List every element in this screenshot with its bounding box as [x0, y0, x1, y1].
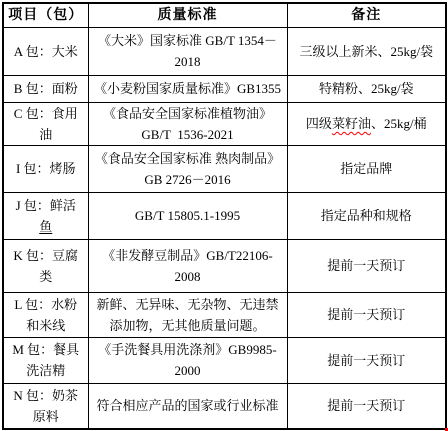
cell-item: J 包：鲜活鱼	[3, 192, 88, 239]
header-row: 项目（包） 质量标准 备注	[3, 3, 446, 27]
table-row-package-k: K 包：豆腐 类 《非发酵豆制品》GB/T22106- 2008 提前一天预订	[3, 239, 446, 292]
cell-standard: 《小麦粉国家质量标准》GB1355	[88, 75, 287, 102]
cell-remark: 提前一天预订	[287, 239, 446, 292]
cell-remark: 提前一天预订	[287, 292, 446, 337]
header-remark: 备注	[287, 3, 446, 27]
cell-remark: 特精粉、25kg/袋	[287, 75, 446, 102]
remark-text: 四级	[306, 116, 332, 131]
header-item-package: 项目（包）	[3, 3, 88, 27]
underlined-text: 鱼	[39, 219, 52, 234]
table-row-package-n: N 包：奶茶 原料 符合相应产品的国家或行业标准 提前一天预订	[3, 383, 446, 429]
cell-remark: 提前一天预订	[287, 337, 446, 383]
cell-standard: 《手洗餐具用洗涤剂》GB9985- 2000	[88, 337, 287, 383]
table-row-package-b: B 包：面粉 《小麦粉国家质量标准》GB1355 特精粉、25kg/袋	[3, 75, 446, 102]
table-row-package-i: I 包：烤肠 《食品安全国家标准 熟肉制品》 GB 2726－2016 指定品牌	[3, 145, 446, 192]
cell-remark: 四级菜籽油、25kg/桶	[287, 102, 446, 145]
cell-item: I 包：烤肠	[3, 145, 88, 192]
cell-item: B 包：面粉	[3, 75, 88, 102]
procurement-quality-table: 项目（包） 质量标准 备注 A 包：大米 《大米》国家标准 GB/T 1354－…	[2, 2, 447, 430]
cell-standard: 《大米》国家标准 GB/T 1354－ 2018	[88, 27, 287, 75]
remark-text: 、25kg/桶	[371, 116, 427, 131]
cell-standard: GB/T 15805.1-1995	[88, 192, 287, 239]
cell-item: M 包：餐具 洗洁精	[3, 337, 88, 383]
table-row-package-j: J 包：鲜活鱼 GB/T 15805.1-1995 指定品种和规格	[3, 192, 446, 239]
table-row-package-a: A 包：大米 《大米》国家标准 GB/T 1354－ 2018 三级以上新米、2…	[3, 27, 446, 75]
spellcheck-flagged-text: 菜籽油	[332, 116, 371, 131]
cell-standard: 新鲜、无异味、无杂物、无违禁 添加物，无其他质量问题。	[88, 292, 287, 337]
table-row-package-m: M 包：餐具 洗洁精 《手洗餐具用洗涤剂》GB9985- 2000 提前一天预订	[3, 337, 446, 383]
header-quality-standard: 质量标准	[88, 3, 287, 27]
cell-remark: 提前一天预订	[287, 383, 446, 429]
cell-remark: 指定品种和规格	[287, 192, 446, 239]
item-text: J 包：鲜活	[16, 198, 76, 213]
cell-item: K 包：豆腐 类	[3, 239, 88, 292]
cell-standard: 符合相应产品的国家或行业标准	[88, 383, 287, 429]
cell-remark: 三级以上新米、25kg/袋	[287, 27, 446, 75]
table-row-package-l: L 包：水粉 和米线 新鲜、无异味、无杂物、无违禁 添加物，无其他质量问题。 提…	[3, 292, 446, 337]
cell-standard: 《食品安全国家标准植物油》 GB/T 1536-2021	[88, 102, 287, 145]
table-row-package-c: C 包：食用 油 《食品安全国家标准植物油》 GB/T 1536-2021 四级…	[3, 102, 446, 145]
cell-item: A 包：大米	[3, 27, 88, 75]
procurement-quality-table-wrap: 项目（包） 质量标准 备注 A 包：大米 《大米》国家标准 GB/T 1354－…	[2, 2, 447, 430]
cell-item: N 包：奶茶 原料	[3, 383, 88, 429]
cell-item: C 包：食用 油	[3, 102, 88, 145]
cell-standard: 《非发酵豆制品》GB/T22106- 2008	[88, 239, 287, 292]
cell-standard: 《食品安全国家标准 熟肉制品》 GB 2726－2016	[88, 145, 287, 192]
cell-item: L 包：水粉 和米线	[3, 292, 88, 337]
cell-remark: 指定品牌	[287, 145, 446, 192]
